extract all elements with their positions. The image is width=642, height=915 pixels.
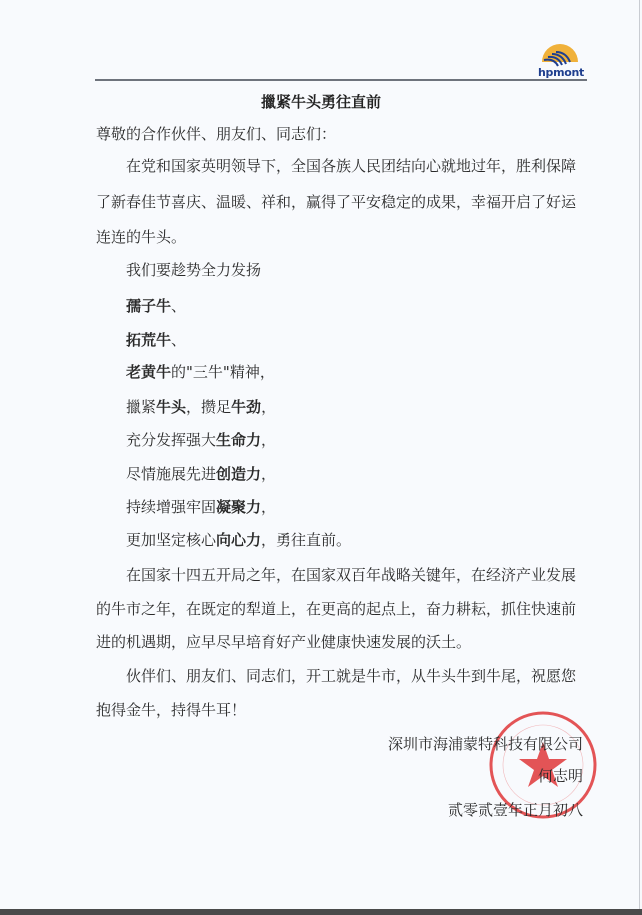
letter-page: hpmont 擸紧牛头勇往直前 尊敬的合作伙伴、朋友们、同志们： 在党和国家英明… xyxy=(0,0,640,909)
verse-item-1: 孺子牛、 xyxy=(126,296,186,316)
verse-bold: 牛劲 xyxy=(231,398,261,416)
verse-item-1-bold: 孺子牛 xyxy=(126,297,171,315)
verse-text: ， xyxy=(261,498,276,516)
verse-text: ，攒足 xyxy=(186,398,231,416)
verse-text: 充分发挥强大 xyxy=(126,431,216,449)
verse-bold: 向心力 xyxy=(216,531,261,549)
verse-intro: 我们要趁势全力发扬 xyxy=(126,260,261,280)
verse-line-6: 尽情施展先进创造力， xyxy=(126,464,276,484)
verse-item-2: 拓荒牛、 xyxy=(126,330,186,350)
verse-text: 更加坚定核心 xyxy=(126,531,216,549)
verse-bold: 创造力 xyxy=(216,465,261,483)
verse-item-3-tail: 的"三牛"精神， xyxy=(171,363,275,381)
verse-text: ， xyxy=(261,431,276,449)
verse-text: 擸紧 xyxy=(126,398,156,416)
verse-line-5: 充分发挥强大生命力， xyxy=(126,430,276,450)
verse-line-8: 更加坚定核心向心力，勇往直前。 xyxy=(126,530,351,550)
paragraph3-line2: 抱得金牛，持得牛耳！ xyxy=(96,700,246,720)
header-divider xyxy=(95,79,587,81)
paragraph3-line1: 伙伴们、朋友们、同志们，开工就是牛市，从牛头牛到牛尾，祝愿您 xyxy=(126,666,576,686)
salutation: 尊敬的合作伙伴、朋友们、同志们： xyxy=(96,124,336,144)
verse-bold: 牛头 xyxy=(156,398,186,416)
verse-item-1-tail: 、 xyxy=(171,297,186,315)
paragraph2-line1: 在国家十四五开局之年，在国家双百年战略关键年，在经济产业发展 xyxy=(126,565,576,585)
signature-date: 贰零贰壹年正月初八 xyxy=(300,800,583,820)
verse-item-3: 老黄牛的"三牛"精神， xyxy=(126,362,275,382)
verse-line-4: 擸紧牛头，攒足牛劲， xyxy=(126,397,276,417)
verse-text: ，勇往直前。 xyxy=(261,531,351,549)
logo-text: hpmont xyxy=(535,66,587,79)
verse-item-2-bold: 拓荒牛 xyxy=(126,331,171,349)
verse-text: ， xyxy=(261,398,276,416)
verse-text: ， xyxy=(261,465,276,483)
verse-line-7: 持续增强牢固凝聚力， xyxy=(126,497,276,517)
paragraph1-line3: 连连的牛头。 xyxy=(96,227,186,247)
verse-item-2-tail: 、 xyxy=(171,331,186,349)
verse-bold: 凝聚力 xyxy=(216,498,261,516)
paragraph2-line3: 进的机遇期，应早尽早培育好产业健康快速发展的沃土。 xyxy=(96,632,471,652)
letter-title: 擸紧牛头勇往直前 xyxy=(0,91,642,112)
paragraph1-line1: 在党和国家英明领导下，全国各族人民团结向心就地过年，胜利保障 xyxy=(126,156,576,176)
verse-item-3-bold: 老黄牛 xyxy=(126,363,171,381)
verse-bold: 生命力 xyxy=(216,431,261,449)
paragraph2-line2: 的牛市之年，在既定的犁道上，在更高的起点上，奋力耕耘，抓住快速前 xyxy=(96,599,576,619)
verse-text: 持续增强牢固 xyxy=(126,498,216,516)
paragraph1-line2: 了新春佳节喜庆、温暖、祥和，赢得了平安稳定的成果，幸福开启了好运 xyxy=(96,192,576,212)
scan-bottom-edge xyxy=(0,909,642,915)
verse-text: 尽情施展先进 xyxy=(126,465,216,483)
signature-company: 深圳市海浦蒙特科技有限公司 xyxy=(300,734,583,754)
signature-person: 何志明 xyxy=(300,766,583,786)
